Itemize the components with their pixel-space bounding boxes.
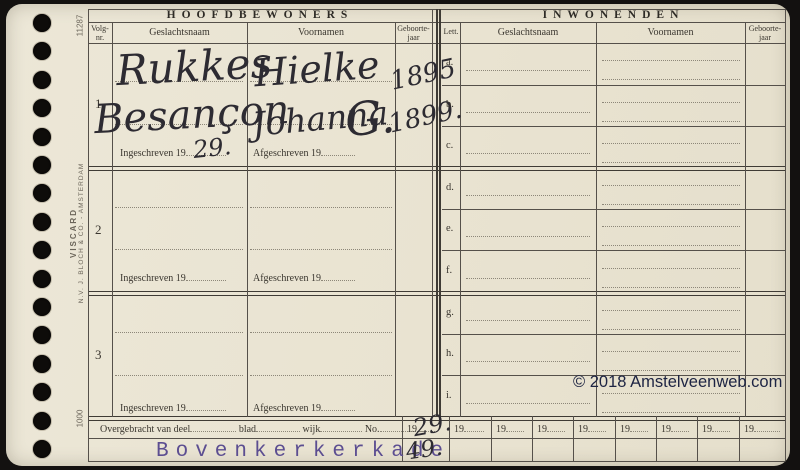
year-label: 19 <box>744 424 754 435</box>
entry-line <box>250 332 392 333</box>
grid-line <box>112 22 113 417</box>
punch-hole <box>33 99 51 117</box>
row-letter: f. <box>446 265 452 276</box>
punch-hole <box>33 241 51 259</box>
entry-line <box>466 153 590 154</box>
row-line <box>442 209 785 210</box>
entry-line <box>466 195 590 196</box>
dotted-leader <box>712 422 730 432</box>
entry-line <box>115 207 243 208</box>
year-column-cell: 19 <box>620 422 648 435</box>
year-label: 19 <box>578 424 588 435</box>
dotted-leader <box>186 271 226 281</box>
punch-hole <box>33 213 51 231</box>
afgeschreven-text: Afgeschreven 19 <box>253 148 321 159</box>
overgebracht-line: Overgebracht van deel blad wijk No. <box>100 422 426 435</box>
row-letter: a. <box>446 57 453 68</box>
grid-line <box>739 416 740 461</box>
dotted-leader <box>588 422 606 432</box>
ingeschreven-text: Ingeschreven 19 <box>120 273 186 284</box>
column-header-geboortejaar-left: Geboorte-jaar <box>395 25 432 42</box>
punch-hole <box>33 128 51 146</box>
ingeschreven-text: Ingeschreven 19 <box>120 403 186 414</box>
row-letter: b. <box>446 99 454 110</box>
row-line <box>442 85 785 86</box>
handwritten-house-number: 49. <box>405 437 444 465</box>
year-column-cell: 19 <box>496 422 524 435</box>
entry-line <box>602 121 740 122</box>
entry-line <box>250 375 392 376</box>
dotted-leader <box>321 271 355 281</box>
handwritten-ingeschreven-year: 29. <box>192 134 232 162</box>
row-line <box>442 126 785 127</box>
entry-line <box>250 249 392 250</box>
entry-line <box>602 393 740 394</box>
printer-brand: VISCARD <box>69 148 78 318</box>
ingeschreven-label: Ingeschreven 19 <box>120 401 226 414</box>
entry-line <box>602 287 740 288</box>
dotted-leader <box>321 401 355 411</box>
entry-line <box>466 361 590 362</box>
entry-line <box>466 70 590 71</box>
entry-line <box>466 236 590 237</box>
year-column-cell: 19 <box>661 422 689 435</box>
punch-hole <box>33 383 51 401</box>
stock-number-vertical: 1000 <box>76 395 85 443</box>
entry-line <box>602 79 740 80</box>
handwritten-firstname-1: Hielke <box>253 46 381 93</box>
column-header-voornamen-right: Voornamen <box>596 27 745 38</box>
group3-number: 3 <box>95 347 102 363</box>
dotted-leader <box>190 422 236 432</box>
wijk-label: wijk <box>303 424 321 435</box>
row-line <box>442 334 785 335</box>
overgebracht-label: Overgebracht van deel <box>100 424 190 435</box>
entry-line <box>602 245 740 246</box>
entry-line <box>115 375 243 376</box>
year-column-cell: 19 <box>454 422 484 435</box>
year-label: 19 <box>454 424 464 435</box>
row-letter: g. <box>446 307 454 318</box>
punch-hole <box>33 270 51 288</box>
afgeschreven-text: Afgeschreven 19 <box>253 403 321 414</box>
entry-line <box>250 207 392 208</box>
grid-line <box>745 22 746 417</box>
dotted-leader <box>630 422 648 432</box>
group2-number: 2 <box>95 222 102 238</box>
printer-mark-vertical: VISCARD N.V. J. BLOCH & CO. - AMSTERDAM <box>69 148 85 318</box>
entry-line <box>115 332 243 333</box>
entry-line <box>466 112 590 113</box>
entry-line <box>602 412 740 413</box>
year-label: 19 <box>702 424 712 435</box>
grid-line <box>532 416 533 461</box>
dotted-leader <box>754 422 780 432</box>
punch-hole <box>33 42 51 60</box>
row-letter: e. <box>446 223 453 234</box>
grid-line <box>573 416 574 461</box>
entry-line <box>602 268 740 269</box>
column-header-lett: Lett. <box>442 28 460 37</box>
ingeschreven-label: Ingeschreven 19 <box>120 271 226 284</box>
entry-line <box>115 249 243 250</box>
punch-hole <box>33 440 51 458</box>
column-header-geboortejaar-right: Geboorte-jaar <box>745 25 785 42</box>
punch-hole <box>33 156 51 174</box>
grid-line <box>656 416 657 461</box>
grid-line <box>596 22 597 417</box>
ingeschreven-text: Ingeschreven 19 <box>120 148 186 159</box>
year-column-cell: 19 <box>578 422 606 435</box>
entry-line <box>602 162 740 163</box>
column-header-geslachtsnaam-right: Geslachtsnaam <box>460 27 596 38</box>
entry-line <box>602 329 740 330</box>
right-section-title: INWONENDEN <box>442 9 785 21</box>
column-header-geslachtsnaam-left: Geslachtsnaam <box>112 27 247 38</box>
year-label: 19 <box>496 424 506 435</box>
entry-line <box>602 226 740 227</box>
punch-hole <box>33 298 51 316</box>
dotted-leader <box>547 422 565 432</box>
row-letter: h. <box>446 348 454 359</box>
afgeschreven-label: Afgeschreven 19 <box>253 401 355 414</box>
dotted-leader <box>256 422 300 432</box>
dotted-leader <box>186 401 226 411</box>
printer-company: N.V. J. BLOCH & CO. - AMSTERDAM <box>78 148 85 318</box>
column-header-volgnr: Volg-nr. <box>88 25 112 42</box>
blad-label: blad <box>239 424 256 435</box>
punch-hole <box>33 412 51 430</box>
row-letter: d. <box>446 182 454 193</box>
row-line <box>442 250 785 251</box>
no-label: No. <box>365 424 380 435</box>
year-label: 19 <box>620 424 630 435</box>
dotted-leader <box>671 422 689 432</box>
entry-line <box>602 185 740 186</box>
entry-line <box>602 351 740 352</box>
grid-line <box>460 22 461 417</box>
entry-line <box>602 60 740 61</box>
entry-line <box>466 403 590 404</box>
grid-line <box>88 9 89 461</box>
grid-line <box>785 9 786 461</box>
row-letter: c. <box>446 140 453 151</box>
print-number-vertical: 11287 <box>76 0 85 54</box>
punch-hole <box>33 71 51 89</box>
afgeschreven-label: Afgeschreven 19 <box>253 146 355 159</box>
dotted-leader <box>506 422 524 432</box>
entry-line <box>602 204 740 205</box>
entry-line <box>602 143 740 144</box>
copyright-watermark: © 2018 Amstelveenweb.com <box>573 373 782 392</box>
entry-line <box>466 320 590 321</box>
grid-line <box>615 416 616 461</box>
dotted-leader <box>321 146 355 156</box>
year-label: 19 <box>537 424 547 435</box>
afgeschreven-label: Afgeschreven 19 <box>253 271 355 284</box>
dotted-leader <box>320 422 362 432</box>
row-letter: i. <box>446 390 452 401</box>
entry-line <box>466 278 590 279</box>
year-column-cell: 19 <box>702 422 730 435</box>
entry-line <box>602 102 740 103</box>
column-header-voornamen-left: Voornamen <box>247 27 395 38</box>
punch-hole <box>33 355 51 373</box>
dotted-leader <box>464 422 484 432</box>
afgeschreven-text: Afgeschreven 19 <box>253 273 321 284</box>
year-label: 19 <box>661 424 671 435</box>
year-column-cell: 19 <box>537 422 565 435</box>
punch-hole <box>33 184 51 202</box>
entry-line <box>602 370 740 371</box>
left-section-title: HOOFDBEWONERS <box>88 9 432 21</box>
year-column-cell: 19 <box>744 422 780 435</box>
punch-hole <box>33 326 51 344</box>
grid-line <box>491 416 492 461</box>
punch-hole <box>33 14 51 32</box>
entry-line <box>602 310 740 311</box>
handwritten-surname-1: Rukkes <box>115 42 273 92</box>
grid-line <box>697 416 698 461</box>
